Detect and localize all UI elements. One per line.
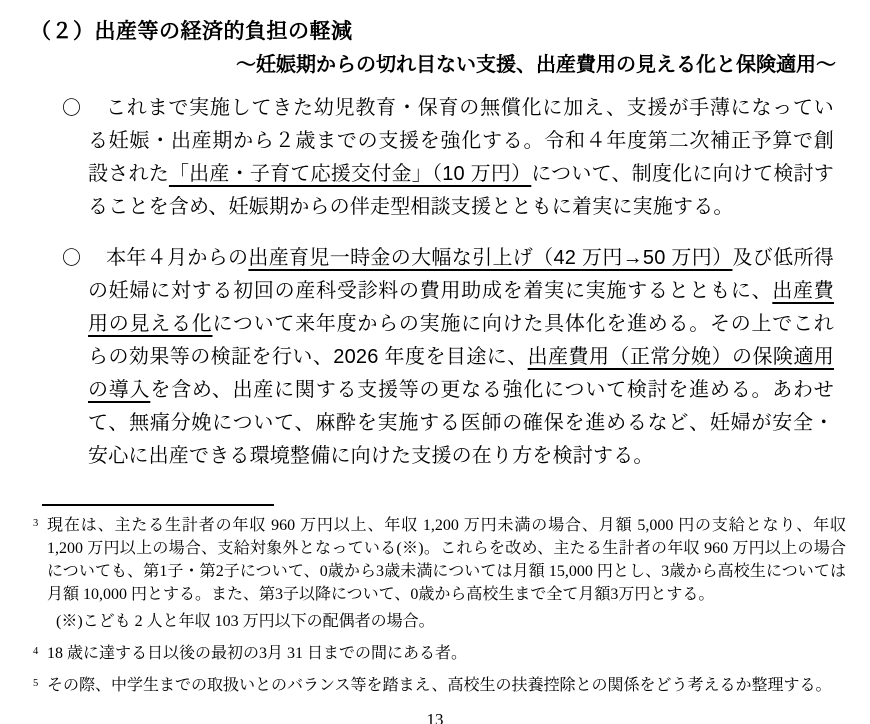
footnote-4: 4 18 歳に達する日以後の最初の3月 31 日までの間にある者。	[33, 642, 846, 665]
footnote-5: 5 その際、中学生までの取扱いとのバランス等を踏まえ、高校生の扶養控除との関係を…	[33, 674, 846, 697]
document-page: （２）出産等の経済的負担の軽減 ～妊娠期からの切れ目ない支援、出産費用の見える化…	[0, 0, 870, 724]
section-subheading: ～妊娠期からの切れ目ない支援、出産費用の見える化と保険適用～	[0, 52, 836, 79]
paragraph-text: 本年４月からの出産育児一時金の大幅な引上げ（42 万円→50 万円）及び低所得の…	[88, 242, 834, 473]
footnote-text: その際、中学生までの取扱いとのバランス等を踏まえ、高校生の扶養控除との関係をどう…	[47, 674, 846, 697]
bullet-paragraph-2: 〇 本年４月からの出産育児一時金の大幅な引上げ（42 万円→50 万円）及び低所…	[62, 242, 834, 473]
bullet-marker: 〇	[62, 242, 88, 473]
footnote-separator	[42, 504, 274, 506]
footnote-number: 5	[33, 674, 47, 697]
footnote-subnote: (※)こども 2 人と年収 103 万円以下の配偶者の場合。	[47, 610, 846, 633]
footnote-text: 現在は、主たる生計者の年収 960 万円以上、年収 1,200 万円未満の場合、…	[47, 514, 846, 606]
footnote-3: 3 現在は、主たる生計者の年収 960 万円以上、年収 1,200 万円未満の場…	[33, 514, 846, 633]
bullet-paragraph-1: 〇 これまで実施してきた幼児教育・保育の無償化に加え、支援が手薄になっている妊娠…	[62, 92, 834, 224]
paragraph-text: これまで実施してきた幼児教育・保育の無償化に加え、支援が手薄になっている妊娠・出…	[88, 92, 834, 224]
bullet-marker: 〇	[62, 92, 88, 224]
footnote-text: 18 歳に達する日以後の最初の3月 31 日までの間にある者。	[47, 642, 846, 665]
page-number: 13	[0, 710, 870, 724]
footnote-number: 4	[33, 642, 47, 665]
footnote-number: 3	[33, 514, 47, 633]
section-heading: （２）出産等の経済的負担の軽減	[30, 18, 836, 45]
